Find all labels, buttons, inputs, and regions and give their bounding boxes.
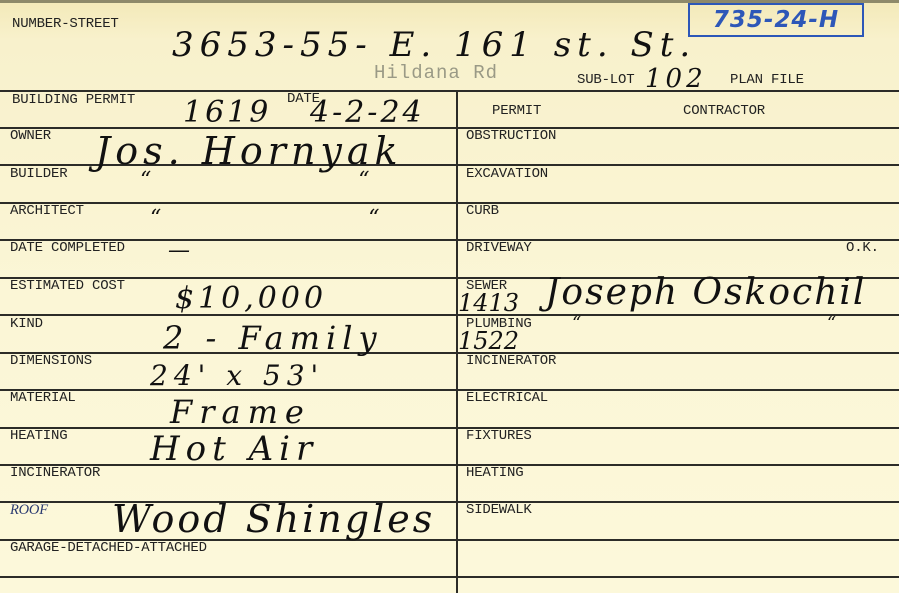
rule-line [0,464,899,466]
field-value-heating: Hot Air [150,432,318,466]
field-label-date-completed: DATE COMPLETED [10,241,125,255]
rule-line [0,202,899,204]
field-label-dimensions: DIMENSIONS [10,354,92,368]
field-label-kind: KIND [10,317,43,331]
permit-label-incinerator: INCINERATOR [466,354,556,368]
note-driveway: O.K. [846,241,879,255]
field-value-kind: 2 - Family [163,322,383,354]
permit-number-sewer: 1413 [458,291,519,315]
field-label-architect: ARCHITECT [10,204,84,218]
field-label-heating: HEATING [10,429,67,443]
sub-lot-label: SUB-LOT [577,73,634,87]
permit-label-heating: HEATING [466,466,523,480]
field-label-material: MATERIAL [10,391,76,405]
field-value-roof: Wood Shingles [112,500,435,538]
contractor-column-header: CONTRACTOR [683,104,765,118]
sub-lot-value: 102 [645,66,707,92]
field-value-date-completed: — [168,240,190,262]
rule-line [0,427,899,429]
rule-line [0,239,899,241]
file-number-stamp: 735-24-H [688,3,864,37]
rule-line [0,352,899,354]
contractor-sewer: Joseph Oskochil [545,275,866,311]
field-label-roof: ROOF [10,503,48,518]
field-value-architect: “ “ [150,208,480,230]
permit-label-curb: CURB [466,204,499,218]
permit-column-header: PERMIT [492,104,541,118]
permit-label-excavation: EXCAVATION [466,167,548,181]
plan-file-label: PLAN FILE [730,73,804,87]
field-value-builder: “ “ [140,170,470,192]
field-label-garage-detached-attached: GARAGE-DETACHED-ATTACHED [10,541,207,555]
rule-line [0,389,899,391]
permit-card: NUMBER-STREET 3653-55- E. 161 st. St. Hi… [0,0,899,593]
number-street-label: NUMBER-STREET [12,17,119,31]
building-permit-value: 1619 [183,98,271,128]
permit-number-plumbing: 1522 [458,329,519,353]
rule-line [0,90,899,92]
permit-label-sidewalk: SIDEWALK [466,503,532,517]
contractor-plumbing: “ “ [572,315,899,333]
number-street-value: 3653-55- E. 161 st. St. [172,28,696,62]
typed-street-overlay: Hildana Rd [374,64,498,83]
field-value-estimated-cost: $10,000 [175,284,327,314]
permit-label-electrical: ELECTRICAL [466,391,548,405]
field-label-builder: BUILDER [10,167,67,181]
field-label-incinerator: INCINERATOR [10,466,100,480]
field-value-owner: Jos. Hornyak [95,132,403,170]
field-label-estimated-cost: ESTIMATED COST [10,279,125,293]
permit-label-driveway: DRIVEWAY [466,241,532,255]
permit-label-obstruction: OBSTRUCTION [466,129,556,143]
field-label-owner: OWNER [10,129,51,143]
field-value-dimensions: 24' x 53' [150,362,324,390]
permit-label-fixtures: FIXTURES [466,429,532,443]
date-value: 4-2-24 [310,98,425,128]
rule-line [0,576,899,578]
building-permit-label: BUILDING PERMIT [12,93,135,107]
field-value-material: Frame [170,396,311,428]
